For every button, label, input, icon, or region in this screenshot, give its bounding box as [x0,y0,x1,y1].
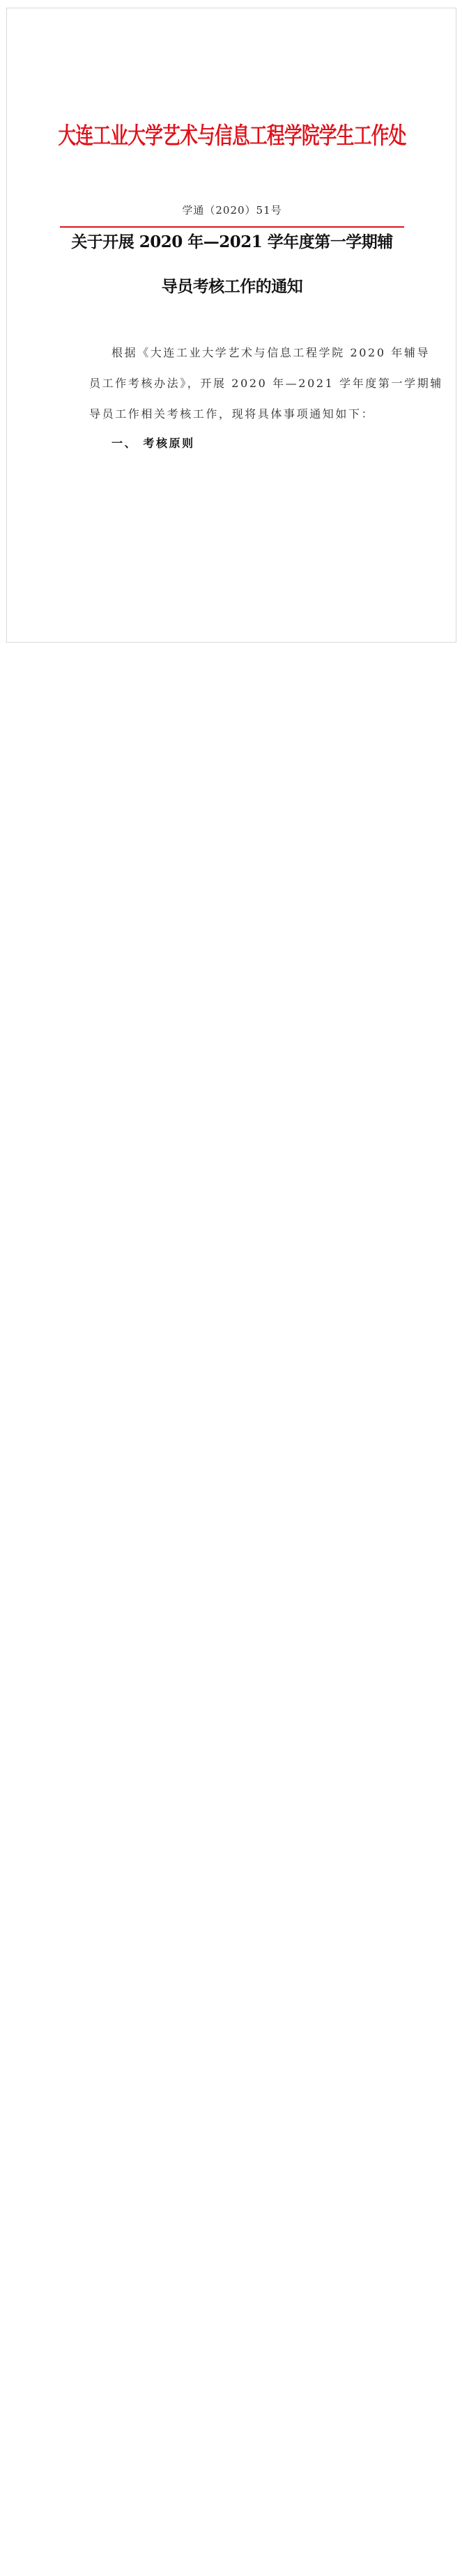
intro-line-2: 员工作考核办法》，开展 2020 年—2021 学年度第一学期辅 [89,377,443,391]
letterhead-red-rule [60,226,404,228]
letterhead-org-name: 大连工业大学艺术与信息工程学院学生工作处 [56,118,408,153]
notice-title-line-1: 关于开展 2020 年—2021 学年度第一学期辅 [7,232,457,253]
section-1-heading: 一、 考核原则 [111,437,195,450]
intro-line-3: 导员工作相关考核工作，现将具体事项通知如下： [89,407,374,421]
document-page-1: 大连工业大学艺术与信息工程学院学生工作处 学通（2020）51号 关于开展 20… [6,8,456,643]
document-number: 学通（2020）51号 [7,203,457,217]
intro-line-1: 根据《大连工业大学艺术与信息工程学院 2020 年辅导 [111,346,430,360]
notice-title-line-2: 导员考核工作的通知 [7,276,457,297]
